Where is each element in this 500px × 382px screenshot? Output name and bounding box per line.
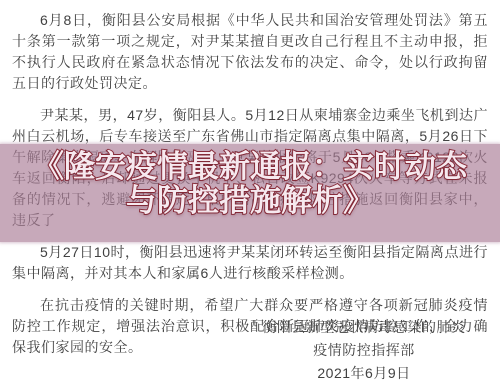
notice-page: 6月8日，衡阳县公安局根据《中华人民共和国治安管理处罚法》第五十条第一款第一项之… — [0, 0, 500, 382]
overlay-headline-line2: 与防控措施解析》 — [0, 184, 500, 218]
paragraph-penalty-decision: 6月8日，衡阳县公安局根据《中华人民共和国治安管理处罚法》第五十条第一款第一项之… — [12, 10, 488, 94]
overlay-headline-line1: 《隆安疫情最新通报：实时动态 — [0, 150, 500, 184]
signature-issuer-line2: 疫情防控指挥部 — [248, 339, 480, 362]
paragraph-quarantine-transfer: 5月27日10时，衡阳县迅速将尹某某闭环转运至衡阳县指定隔离点进行集中隔离，并对… — [12, 242, 488, 284]
overlay-headline: 《隆安疫情最新通报：实时动态 与防控措施解析》 — [0, 150, 500, 218]
signature-issuer-line1: 衡阳县新型冠状病毒感染的肺炎 — [248, 316, 480, 339]
signature-block: 衡阳县新型冠状病毒感染的肺炎 疫情防控指挥部 2021年6月9日 — [248, 316, 480, 382]
signature-date: 2021年6月9日 — [248, 362, 480, 382]
